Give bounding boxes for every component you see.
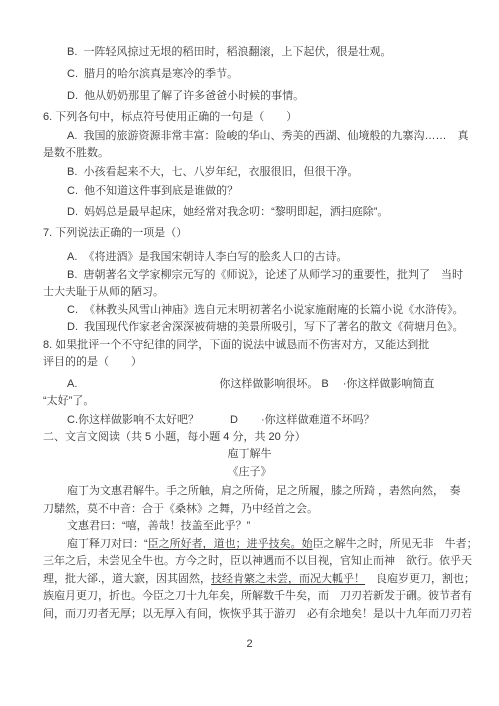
q8-option-row-cd: C.你这样做影响不太好吧？D·你这样做难道不坏吗？ <box>67 413 375 427</box>
q7-option-c: C. 《林教头风雪山神庙》选自元末明初著名小说家施耐庵的长篇小说《水浒传》。 <box>67 303 464 317</box>
para3-line3-underlined: 技经肯綮之未尝，而况大軱乎！ <box>211 573 365 585</box>
passage-para1-line2: 刀騞然，莫不中音：合于《桑林》之舞，乃中经首之会。 <box>43 502 318 516</box>
passage-para3-line5: 间，而刀刃者无厚；以无厚入有间，恢恢乎其于游刃 必有余地矣！是以十九年而刀刃若 <box>43 607 472 621</box>
q8-option-a-text: 你这样做影响很坏。 <box>219 378 318 390</box>
q8-option-b-text: ·你这样做影响简直 <box>343 378 435 390</box>
exam-paper-page: B. 一阵轻风掠过无垠的稻田时，稻浪翻滚，上下起伏，很是壮观。 C. 腊月的哈尔… <box>0 0 499 706</box>
q5-option-b: B. 一阵轻风掠过无垠的稻田时，稻浪翻滚，上下起伏，很是壮观。 <box>67 45 392 59</box>
q8-gap-a <box>77 386 219 387</box>
q6-option-a-line1: A. 我国的旅游资源非常丰富：险峻的华山、秀美的西湖、仙境般的九寨沟…… 真 <box>67 129 469 143</box>
para3-line3-post: 良庖岁更刀，割也； <box>365 573 475 585</box>
section2-heading: 二、文言文阅读（共 5 小题，每小题 4 分，共 20 分） <box>43 430 306 444</box>
q8-gap-b <box>329 386 343 387</box>
passage-para3-line1: 庖丁释刀对曰：“臣之所好者，道也；进乎技矣。始臣之解牛之时，所见无非 牛者； <box>67 537 478 551</box>
q8-option-row-ab: A.你这样做影响很坏。B·你这样做影响简直 <box>67 377 434 391</box>
q8-stem-line2: 评目的的是（ ） <box>43 355 142 369</box>
passage-para3-line3: 理，批大郤.，道大窾，因其固然，技经肯綮之未尝，而况大軱乎！ 良庖岁更刀，割也； <box>43 572 475 586</box>
para3-line3-pre: 理，批大郤.，道大窾，因其固然， <box>43 573 211 585</box>
q8-option-b-label: B <box>321 378 328 390</box>
q8-stem-line1: 8. 如果批评一个不守纪律的同学，下面的说法中诚恳而不伤害对方，又能达到批 <box>43 338 429 352</box>
passage-para3-line2: 三年之后，未尝见全牛也。方今之时，臣以神遇而不以目视，官知止而神 欲行。依乎天 <box>43 554 472 568</box>
q8-option-d-text: ·你这样做难道不坏吗？ <box>261 414 375 426</box>
q5-option-c: C. 腊月的哈尔滨真是寒冷的季节。 <box>67 67 238 81</box>
para3-line1-post: 臣之解牛之时，所见无非 牛者； <box>313 538 478 550</box>
passage-para2: 文惠君曰：“嘻，善哉！技盖至此乎？” <box>67 519 250 533</box>
q7-option-b-line1: B. 唐朝著名文学家柳宗元写的《师说》，论述了从师学习的重要性，批判了 当时 <box>67 268 463 282</box>
q6-option-c: C. 他不知道这件事到底是谁做的？ <box>67 184 238 198</box>
q8-option-a-label: A. <box>67 378 77 390</box>
q5-option-d: D. 他从奶奶那里了解了许多爸爸小时候的事情。 <box>67 89 304 103</box>
q7-option-b-line2: 士大夫耻于从师的陋习。 <box>43 285 164 299</box>
page-number: 2 <box>0 637 499 651</box>
q7-stem: 7. 下列说法正确的一项是（） <box>43 226 187 240</box>
q6-stem: 6. 下列各句中，标点符号使用正确的一句是（ ） <box>43 110 297 124</box>
q6-option-a-line2: 是数不胜数。 <box>43 146 109 160</box>
q8-option-d-label: D <box>230 414 238 426</box>
q7-option-a: A. 《将进酒》是我国宋朝诗人李白写的脍炙人口的古诗。 <box>67 250 348 264</box>
para3-line1-pre: 庖丁释刀对曰：“ <box>67 538 148 550</box>
para3-line1-underlined: 臣之所好者，道也；进乎技矣。始 <box>148 538 313 550</box>
q8-option-b-wrap: “太好”了。 <box>43 394 94 408</box>
q8-gap-d <box>238 422 261 423</box>
q8-option-c-text: C.你这样做影响不太好吧？ <box>67 414 199 426</box>
q8-gap-cd <box>199 422 230 423</box>
q7-option-d: D. 我国现代作家老舍深深被荷塘的美景所吸引，写下了著名的散文《荷塘月色》。 <box>67 320 464 334</box>
q6-option-b: B. 小孩看起来不大，七、八岁年纪，衣服很旧，但很干净。 <box>67 165 359 179</box>
q6-option-d: D. 妈妈总是最早起床，她经常对我念叨：“黎明即起，洒扫庭除”。 <box>67 205 388 219</box>
passage-para3-line4: 族庖月更刀，折也。今臣之刀十九年矣，所解数千牛矣，而 刀刃若新发于硎。彼节者有 <box>43 589 472 603</box>
passage-title: 庖丁解牛 <box>0 447 499 461</box>
passage-source: 《庄子》 <box>0 465 499 479</box>
passage-para1-line1: 庖丁为文惠君解牛。手之所触，肩之所倚，足之所履，膝之所踦 ，砉然向然， 奏 <box>67 484 461 498</box>
